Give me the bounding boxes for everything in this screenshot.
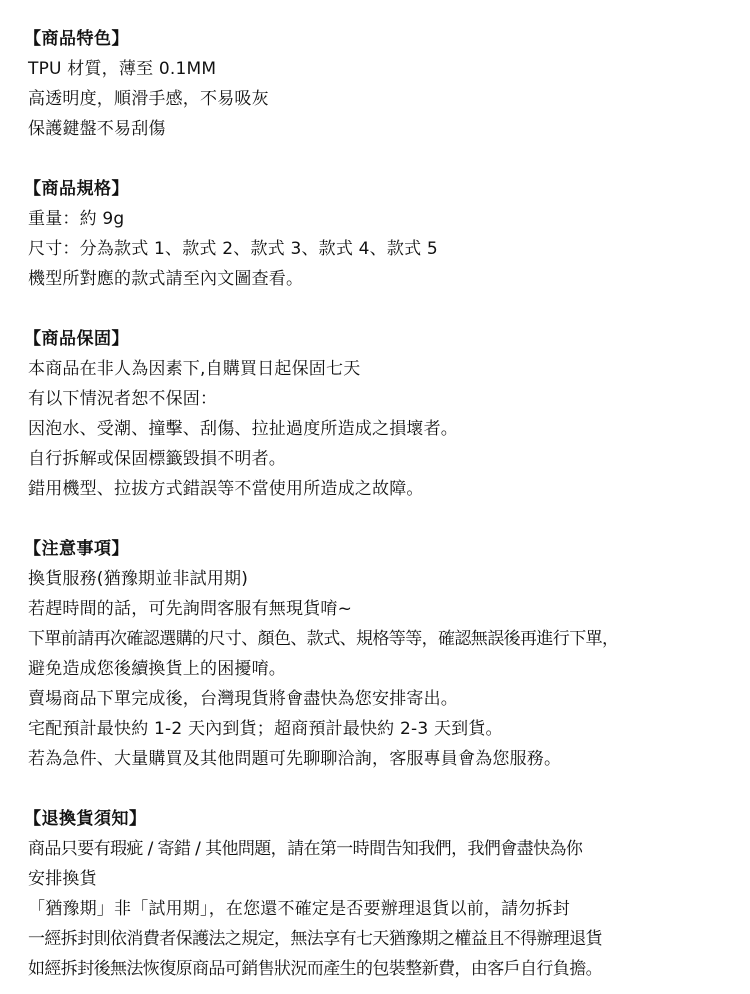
text-line: 重量：約 9g bbox=[28, 204, 750, 234]
text-line: 錯用機型、拉拔方式錯誤等不當使用所造成之故障。 bbox=[28, 474, 750, 504]
text-line: 因泡水、受潮、撞擊、刮傷、拉扯過度所造成之損壞者。 bbox=[28, 414, 750, 444]
section-return-policy: 【退換貨須知】 商品只要有瑕疵 / 寄錯 / 其他問題，請在第一時間告知我們，我… bbox=[28, 804, 750, 984]
text-line: 宅配預計最快約 1-2 天內到貨；超商預計最快約 2-3 天到貨。 bbox=[28, 714, 750, 744]
section-heading: 【退換貨須知】 bbox=[24, 804, 750, 834]
text-line: 一經拆封則依消費者保護法之規定，無法享有七天猶豫期之權益且不得辦理退貨 bbox=[28, 924, 750, 954]
text-line: 下單前請再次確認選購的尺寸、顏色、款式、規格等等，確認無誤後再進行下單， bbox=[28, 624, 750, 654]
text-line: 換貨服務(猶豫期並非試用期) bbox=[28, 564, 750, 594]
text-line: 保護鍵盤不易刮傷 bbox=[28, 114, 750, 144]
text-line: TPU 材質，薄至 0.1MM bbox=[28, 54, 750, 84]
section-heading: 【商品保固】 bbox=[24, 324, 750, 354]
text-line: 有以下情況者恕不保固： bbox=[28, 384, 750, 414]
text-line: 若趕時間的話，可先詢問客服有無現貨唷~ bbox=[28, 594, 750, 624]
text-line: 「猶豫期」非「試用期」，在您還不確定是否要辦理退貨以前，請勿拆封 bbox=[28, 894, 750, 924]
section-heading: 【商品規格】 bbox=[24, 174, 750, 204]
text-line: 自行拆解或保固標籤毀損不明者。 bbox=[28, 444, 750, 474]
section-product-features: 【商品特色】 TPU 材質，薄至 0.1MM 高透明度，順滑手感，不易吸灰 保護… bbox=[28, 24, 750, 144]
section-notes: 【注意事項】 換貨服務(猶豫期並非試用期) 若趕時間的話，可先詢問客服有無現貨唷… bbox=[28, 534, 750, 774]
text-line: 安排換貨 bbox=[28, 864, 750, 894]
section-product-warranty: 【商品保固】 本商品在非人為因素下,自購買日起保固七天 有以下情況者恕不保固： … bbox=[28, 324, 750, 504]
text-line: 商品只要有瑕疵 / 寄錯 / 其他問題，請在第一時間告知我們，我們會盡快為你 bbox=[28, 834, 750, 864]
text-line: 避免造成您後續換貨上的困擾唷。 bbox=[28, 654, 750, 684]
text-line: 本商品在非人為因素下,自購買日起保固七天 bbox=[28, 354, 750, 384]
text-line: 若為急件、大量購買及其他問題可先聊聊洽詢，客服專員會為您服務。 bbox=[28, 744, 750, 774]
section-heading: 【商品特色】 bbox=[24, 24, 750, 54]
text-line: 尺寸：分為款式 1、款式 2、款式 3、款式 4、款式 5 bbox=[28, 234, 750, 264]
text-line: 賣場商品下單完成後，台灣現貨將會盡快為您安排寄出。 bbox=[28, 684, 750, 714]
text-line: 機型所對應的款式請至內文圖查看。 bbox=[28, 264, 750, 294]
section-product-specs: 【商品規格】 重量：約 9g 尺寸：分為款式 1、款式 2、款式 3、款式 4、… bbox=[28, 174, 750, 294]
product-description-document: 【商品特色】 TPU 材質，薄至 0.1MM 高透明度，順滑手感，不易吸灰 保護… bbox=[0, 0, 750, 984]
section-heading: 【注意事項】 bbox=[24, 534, 750, 564]
text-line: 如經拆封後無法恢復原商品可銷售狀況而產生的包裝整新費，由客戶自行負擔。 bbox=[28, 954, 750, 984]
text-line: 高透明度，順滑手感，不易吸灰 bbox=[28, 84, 750, 114]
